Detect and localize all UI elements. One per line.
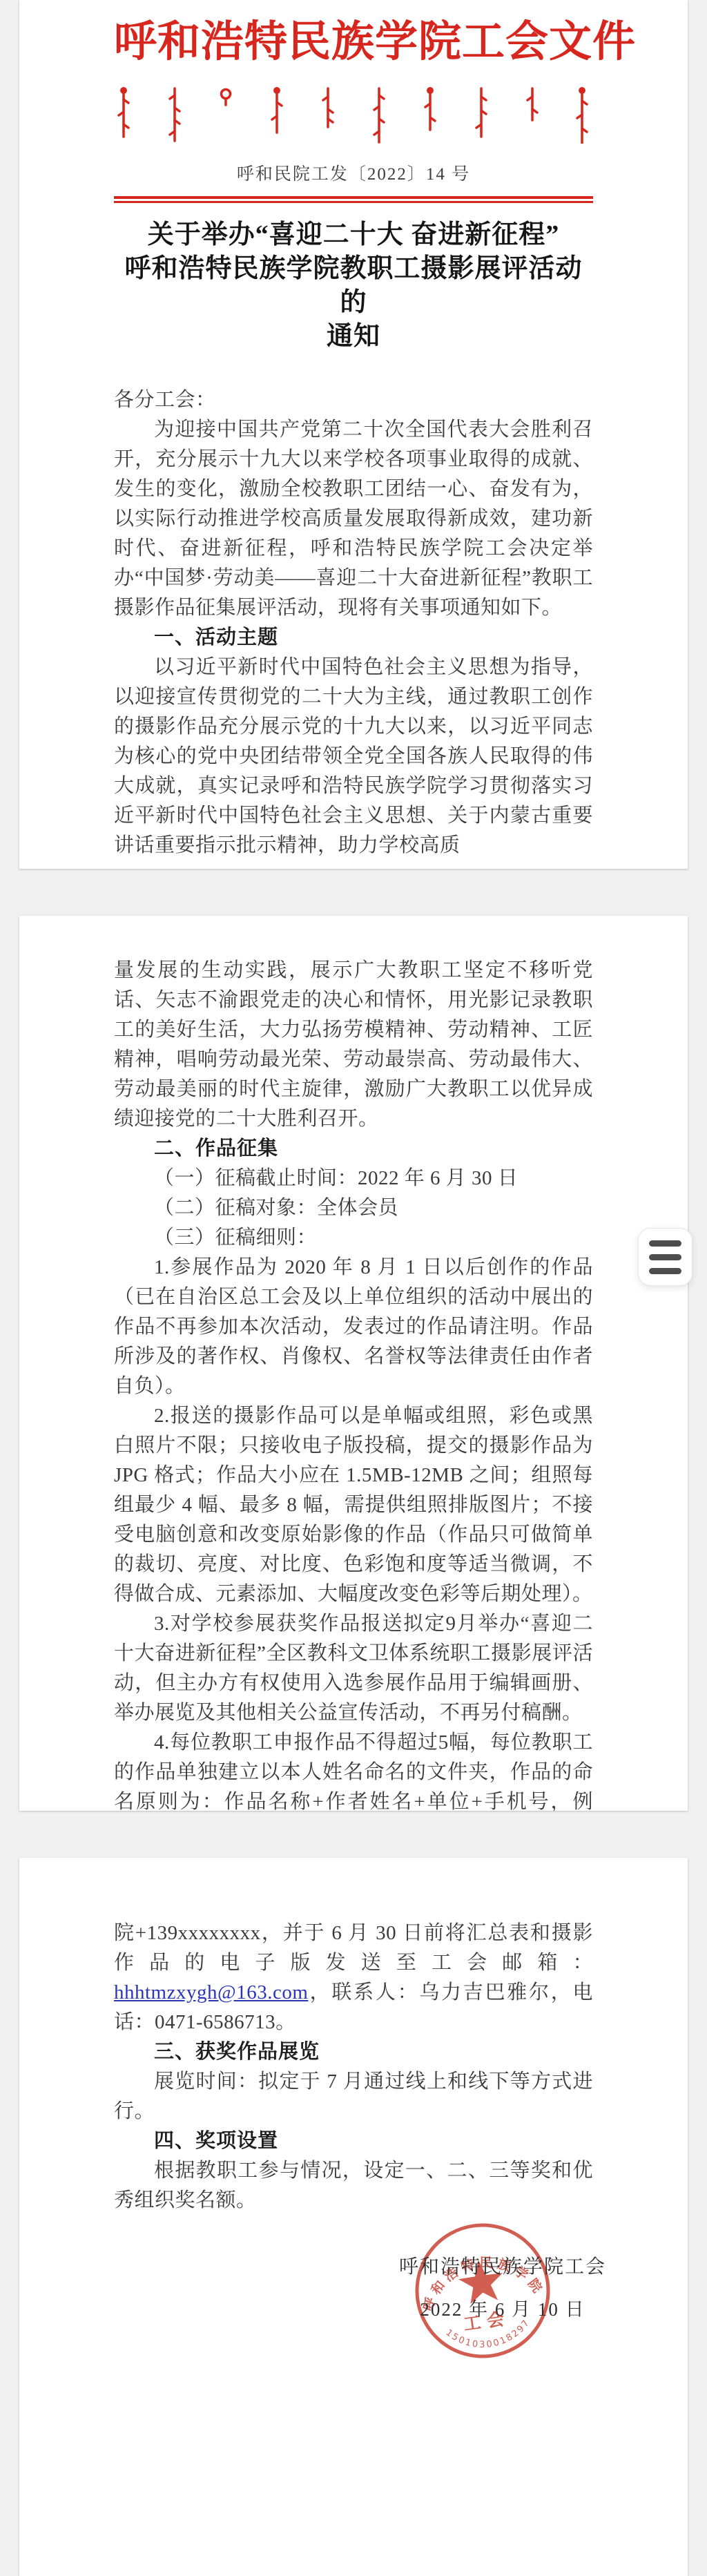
- document-paragraph: 4.每位教职工申报作品不得超过5幅，每位教职工的作品单独建立以本人姓名命名的文件…: [114, 1728, 593, 1811]
- signature-org: 呼和浩特民族学院工会: [399, 2253, 606, 2282]
- section-heading: 二、作品征集: [114, 1134, 593, 1164]
- document-number: 呼和民院工发〔2022〕14 号: [114, 164, 593, 185]
- signature-date: 2022 年 6 月 10 日: [399, 2296, 606, 2323]
- document-paragraph: 根据教职工参与情况，设定一、二、三等奖和优秀组织奖名额。: [114, 2156, 593, 2215]
- document-paragraph: （二）征稿对象：全体会员: [114, 1193, 593, 1223]
- letterhead-org-title: 呼和浩特民族学院工会文件: [114, 17, 593, 68]
- page-gap: [0, 1811, 707, 1858]
- page-3-body: 院+139xxxxxxxx，并于 6 月 30 日前将汇总表和摄影作品的电子版发…: [114, 1919, 593, 2215]
- section-heading: 三、获奖作品展览: [114, 2037, 593, 2067]
- union-email-link[interactable]: hhhtmzxygh@163.com: [114, 1981, 308, 2003]
- document-paragraph: 以习近平新时代中国特色社会主义思想为指导，以迎接宣传贯彻党的二十大为主线，通过教…: [114, 653, 593, 861]
- document-paragraph: 院+139xxxxxxxx，并于 6 月 30 日前将汇总表和摄影作品的电子版发…: [114, 1919, 593, 2037]
- signature-block: 呼和浩特民族学院工会 2022 年 6 月 10 日: [399, 2253, 606, 2323]
- document-paragraph: 1.参展作品为 2020 年 8 月 1 日以后创作的作品（已在自治区总工会及以…: [114, 1253, 593, 1401]
- document-page-1: 呼和浩特民族学院工会文件 呼和民院工发〔2022〕14 号 关于举办“喜迎二十大…: [19, 0, 688, 869]
- document-paragraph: （一）征稿截止时间：2022 年 6 月 30 日: [114, 1164, 593, 1193]
- document-paragraph: 展览时间：拟定于 7 月通过线上和线下等方式进行。: [114, 2067, 593, 2126]
- menu-button[interactable]: [638, 1228, 693, 1286]
- document-title: 关于举办“喜迎二十大 奋进新征程” 呼和浩特民族学院教职工摄影展评活动的 通知: [114, 218, 593, 354]
- section-heading: 一、活动主题: [114, 623, 593, 653]
- document-paragraph: 2.报送的摄影作品可以是单幅或组照，彩色或黑白照片不限；只接收电子版投稿，提交的…: [114, 1401, 593, 1609]
- document-paragraph: 各分工会：: [114, 385, 593, 415]
- page-gap: [0, 869, 707, 916]
- page-1-body: 各分工会：为迎接中国共产党第二十次全国代表大会胜利召开，充分展示十九大以来学校各…: [114, 385, 593, 861]
- document-paragraph: （三）征稿细则：: [114, 1223, 593, 1253]
- document-paragraph: 3.对学校参展获奖作品报送拟定9月举办“喜迎二十大奋进新征程”全区教科文卫体系统…: [114, 1609, 593, 1728]
- letterhead-divider-rule: [114, 196, 593, 203]
- document-paragraph: 量发展的生动实践，展示广大教职工坚定不移听党话、矢志不渝跟党走的决心和情怀，用光…: [114, 956, 593, 1134]
- section-heading: 四、奖项设置: [114, 2126, 593, 2156]
- document-page-2: 量发展的生动实践，展示广大教职工坚定不移听党话、矢志不渝跟党走的决心和情怀，用光…: [19, 916, 688, 1811]
- document-paragraph: 为迎接中国共产党第二十次全国代表大会胜利召开，充分展示十九大以来学校各项事业取得…: [114, 415, 593, 623]
- mongolian-script-decoration: [114, 86, 593, 146]
- mongolian-script-svg: [115, 86, 592, 144]
- document-viewer: 呼和浩特民族学院工会文件 呼和民院工发〔2022〕14 号 关于举办“喜迎二十大…: [0, 0, 707, 2576]
- document-page-3: 院+139xxxxxxxx，并于 6 月 30 日前将汇总表和摄影作品的电子版发…: [19, 1858, 688, 2576]
